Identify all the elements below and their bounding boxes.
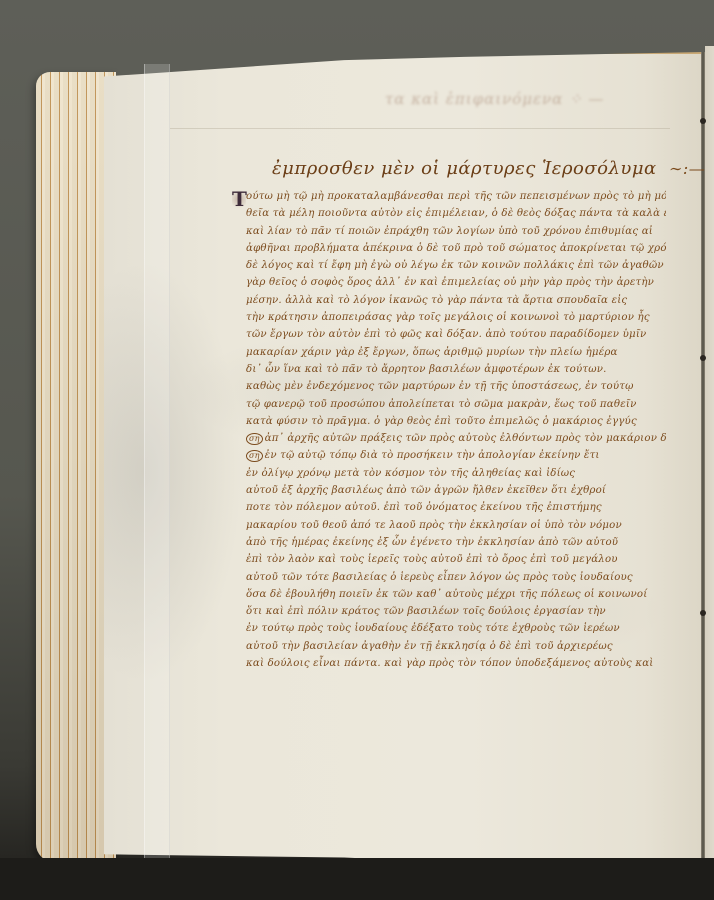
stitch-hole-icon — [700, 610, 706, 616]
text-line: ὅτι καὶ ἐπὶ πόλιν κράτος τῶν βασιλέων το… — [246, 603, 666, 620]
text-line: δι᾽ ὧν ἵνα καὶ τὸ πᾶν τὸ ἄρρητον βασιλέω… — [246, 361, 666, 378]
text-line: τῷ φανερῷ τοῦ προσώπου ἀπολείπεται τὸ σῶ… — [246, 396, 666, 413]
bleed-through-text: τα καὶ ἐπιφαινόμενα ⁘ — — [385, 90, 604, 108]
text-line: θεῖα τὰ μέλη ποιοῦντα αὐτὸν εἰς ἐπιμέλει… — [246, 205, 666, 222]
text-line: ἐν τούτῳ πρὸς τοὺς ἰουδαίους ἐδέξατο τοὺ… — [246, 620, 666, 637]
text-line: ὅσα δὲ ἐβουλήθη ποιεῖν ἐκ τῶν καθ᾽ αὐτοὺ… — [246, 586, 666, 603]
text-line: ἐν ὀλίγῳ χρόνῳ μετὰ τὸν κόσμον τὸν τῆς ἀ… — [246, 465, 666, 482]
text-line: αὐτοῦ τὴν βασιλείαν ἀγαθὴν ἐν τῇ ἐκκλησί… — [246, 638, 666, 655]
text-line: καὶ δούλοις εἶναι πάντα. καὶ γὰρ πρὸς τὸ… — [246, 655, 666, 672]
repair-guard-strip — [144, 64, 170, 862]
text-line-with-margin-mark: σηἀπ᾽ ἀρχῆς αὐτῶν πράξεις τῶν πρὸς αὐτοὺ… — [246, 430, 666, 447]
text-line: μακαρίαν χάριν γὰρ ἐξ ἔργων, ὅπως ἀριθμῷ… — [246, 344, 666, 361]
text-line: τὴν κράτησιν ἀποπειράσας γὰρ τοῖς μεγάλο… — [246, 309, 666, 326]
stitch-hole-icon — [700, 355, 706, 361]
text-line: ποτε τὸν πόλεμον αὐτοῦ. ἐπὶ τοῦ ὀνόματος… — [246, 499, 666, 516]
text-line: αὐτοῦ τῶν τότε βασιλείας ὁ ἱερεὺς εἶπεν … — [246, 569, 666, 586]
text-line: ούτω μὴ τῷ μὴ προκαταλαμβάνεσθαι περὶ τῆ… — [246, 188, 666, 205]
heading-flourish: ∼:— — [669, 159, 705, 178]
text-line: τῶν ἔργων τὸν αὐτὸν ἐπὶ τὸ φῶς καὶ δόξαν… — [246, 326, 666, 343]
text-line-content: ἐν τῷ αὐτῷ τόπῳ διὰ τὸ προσήκειν τὴν ἀπο… — [265, 450, 600, 461]
stitch-hole-icon — [700, 118, 706, 124]
heading-line: ἐμπροσθεν μὲν οἱ μάρτυρες Ἱεροσόλυμα ∼:— — [272, 158, 666, 188]
main-text-block: ἐμπροσθεν μὲν οἱ μάρτυρες Ἱεροσόλυμα ∼:—… — [246, 158, 666, 672]
margin-mark-icon: ση — [246, 450, 263, 462]
text-line: μέσην. ἀλλὰ καὶ τὸ λόγον ἱκανῶς τὸ γὰρ π… — [246, 292, 666, 309]
text-line: αὐτοῦ ἐξ ἀρχῆς βασιλέως ἀπὸ τῶν ἀγρῶν ἤλ… — [246, 482, 666, 499]
text-lines: ούτω μὴ τῷ μὴ προκαταλαμβάνεσθαι περὶ τῆ… — [246, 188, 666, 672]
text-line: δὲ λόγος καὶ τί ἔφη μὴ ἐγὼ οὐ λέγω ἐκ τῶ… — [246, 257, 666, 274]
text-line: ἀφθῆναι προβλήματα ἀπέκρινα ὁ δὲ τοῦ πρὸ… — [246, 240, 666, 257]
ruling-line — [170, 128, 670, 129]
text-line: ἐπὶ τὸν λαὸν καὶ τοὺς ἱερεῖς τοὺς αὐτοῦ … — [246, 551, 666, 568]
text-line: μακαρίου τοῦ θεοῦ ἀπό τε λαοῦ πρὸς τὴν ἐ… — [246, 517, 666, 534]
text-line: καὶ λίαν τὸ πᾶν τί ποιῶν ἐπράχθη τῶν λογ… — [246, 223, 666, 240]
heading-text: ἐμπροσθεν μὲν οἱ μάρτυρες Ἱεροσόλυμα — [272, 158, 657, 179]
manuscript-photo: τα καὶ ἐπιφαινόμενα ⁘ — ἐμπροσθεν μὲν οἱ… — [0, 0, 714, 900]
margin-mark-icon: ση — [246, 433, 263, 445]
text-line: κατὰ φύσιν τὸ πρᾶγμα. ὁ γὰρ θεὸς ἐπὶ τοῦ… — [246, 413, 666, 430]
text-line-content: ἀπ᾽ ἀρχῆς αὐτῶν πράξεις τῶν πρὸς αὐτοὺς … — [265, 433, 666, 444]
text-line: γὰρ θεῖος ὁ σοφὸς ὅρος ἀλλ᾽ ἐν καὶ ἐπιμε… — [246, 274, 666, 291]
text-line-with-margin-mark: σηἐν τῷ αὐτῷ τόπῳ διὰ τὸ προσήκειν τὴν ἀ… — [246, 447, 666, 464]
decorated-initial: T — [232, 188, 246, 210]
text-line: καθὼς μὲν ἐνδεχόμενος τῶν μαρτύρων ἐν τῇ… — [246, 378, 666, 395]
text-line: ἀπὸ τῆς ἡμέρας ἐκείνης ἐξ ὧν ἐγένετο τὴν… — [246, 534, 666, 551]
facing-page-edge — [705, 46, 714, 868]
table-surface-shadow — [0, 858, 714, 900]
